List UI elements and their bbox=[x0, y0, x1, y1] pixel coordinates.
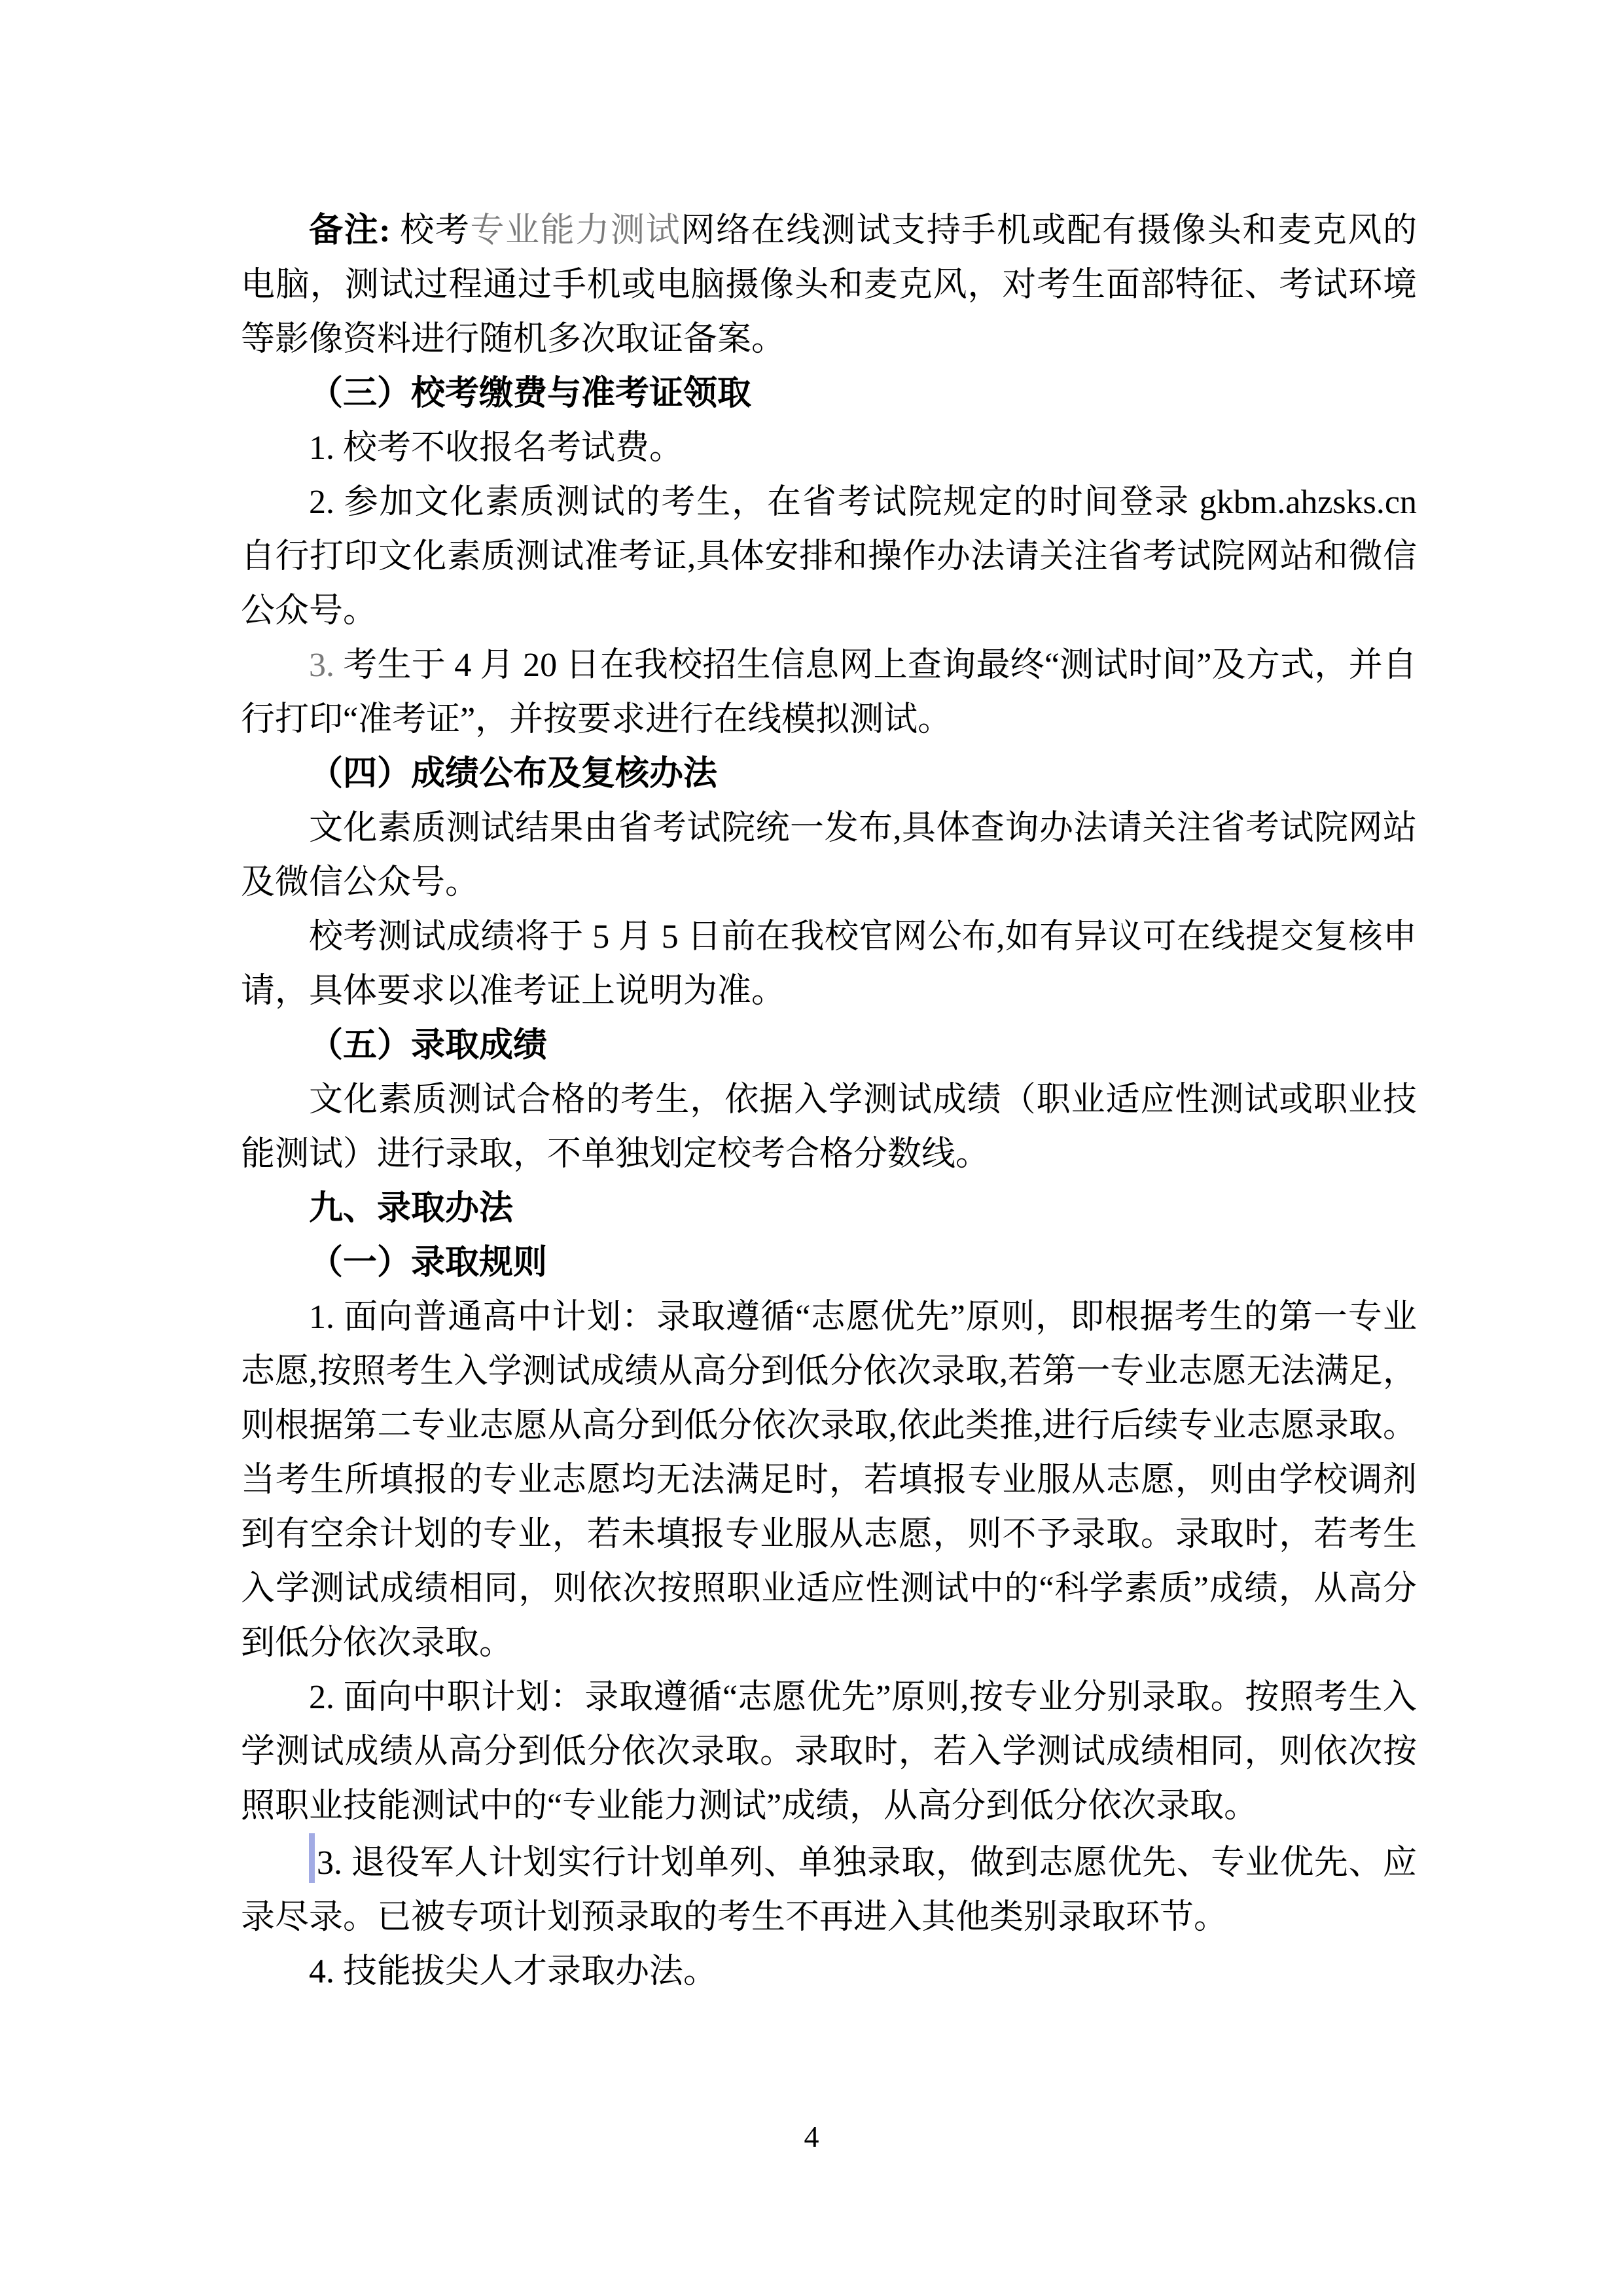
paragraph: 文化素质测试结果由省考试院统一发布,具体查询办法请关注省考试院网站及微信公众号。 bbox=[241, 801, 1417, 910]
paragraph: 1. 面向普通高中计划：录取遵循“志愿优先”原则，即根据考生的第一专业志愿,按照… bbox=[241, 1290, 1417, 1670]
text-run: 校考 bbox=[391, 212, 471, 249]
paragraph: 3. 考生于 4 月 20 日在我校招生信息网上查询最终“测试时间”及方式，并自… bbox=[241, 638, 1417, 747]
section-heading: （五）录取成绩 bbox=[241, 1018, 1417, 1073]
paragraph: 备注: 校考专业能力测试网络在线测试支持手机或配有摄像头和麦克风的电脑，测试过程… bbox=[241, 204, 1417, 367]
text-run: 1. 面向普通高中计划：录取遵循“志愿优先”原则，即根据考生的第一专业志愿,按照… bbox=[241, 1299, 1417, 1662]
text-run: 文化素质测试结果由省考试院统一发布,具体查询办法请关注省考试院网站及微信公众号。 bbox=[241, 810, 1417, 901]
page-number: 4 bbox=[0, 2119, 1623, 2155]
document-page: 备注: 校考专业能力测试网络在线测试支持手机或配有摄像头和麦克风的电脑，测试过程… bbox=[0, 0, 1623, 2296]
text-run: 1. 校考不收报名考试费。 bbox=[309, 429, 683, 467]
paragraph: 4. 技能拔尖人才录取办法。 bbox=[241, 1945, 1417, 1999]
paragraph: 文化素质测试合格的考生，依据入学测试成绩（职业适应性测试或职业技能测试）进行录取… bbox=[241, 1073, 1417, 1181]
text-run: （五）录取成绩 bbox=[309, 1027, 547, 1064]
section-heading: （三）校考缴费与准考证领取 bbox=[241, 367, 1417, 421]
text-run: 文化素质测试合格的考生，依据入学测试成绩（职业适应性测试或职业技能测试）进行录取… bbox=[241, 1081, 1417, 1173]
text-run: 校考测试成绩将于 5 月 5 日前在我校官网公布,如有异议可在线提交复核申请，具… bbox=[241, 918, 1417, 1010]
text-run: 2. 参加文化素质测试的考生，在省考试院规定的时间登录 gkbm.ahzsks.… bbox=[241, 484, 1417, 630]
text-run: （四）成绩公布及复核办法 bbox=[309, 755, 717, 793]
section-heading: （一）录取规则 bbox=[241, 1236, 1417, 1290]
paragraph: 3. 退役军人计划实行计划单列、单独录取，做到志愿优先、专业优先、应录尽录。已被… bbox=[241, 1833, 1417, 1945]
section-heading: 九、录取办法 bbox=[241, 1181, 1417, 1236]
document-body: 备注: 校考专业能力测试网络在线测试支持手机或配有摄像头和麦克风的电脑，测试过程… bbox=[241, 204, 1417, 1999]
paragraph: 2. 面向中职计划：录取遵循“志愿优先”原则,按专业分别录取。按照考生入学测试成… bbox=[241, 1670, 1417, 1833]
text-run: 3. 退役军人计划实行计划单列、单独录取，做到志愿优先、专业优先、应录尽录。已被… bbox=[241, 1844, 1417, 1936]
text-run: 3. bbox=[309, 647, 334, 684]
text-run: （一）录取规则 bbox=[309, 1244, 547, 1282]
paragraph: 2. 参加文化素质测试的考生，在省考试院规定的时间登录 gkbm.ahzsks.… bbox=[241, 475, 1417, 638]
paragraph: 1. 校考不收报名考试费。 bbox=[241, 421, 1417, 475]
text-run: 4. 技能拔尖人才录取办法。 bbox=[309, 1953, 717, 1990]
text-run: 专业能力测试 bbox=[471, 212, 681, 249]
text-run: 九、录取办法 bbox=[309, 1190, 513, 1227]
text-cursor-mark bbox=[309, 1833, 315, 1883]
text-run: 备注: bbox=[309, 212, 391, 249]
paragraph: 校考测试成绩将于 5 月 5 日前在我校官网公布,如有异议可在线提交复核申请，具… bbox=[241, 910, 1417, 1018]
text-run: 2. 面向中职计划：录取遵循“志愿优先”原则,按专业分别录取。按照考生入学测试成… bbox=[241, 1679, 1417, 1825]
section-heading: （四）成绩公布及复核办法 bbox=[241, 747, 1417, 801]
text-run: （三）校考缴费与准考证领取 bbox=[309, 375, 751, 412]
text-run: 考生于 4 月 20 日在我校招生信息网上查询最终“测试时间”及方式，并自行打印… bbox=[241, 647, 1417, 738]
